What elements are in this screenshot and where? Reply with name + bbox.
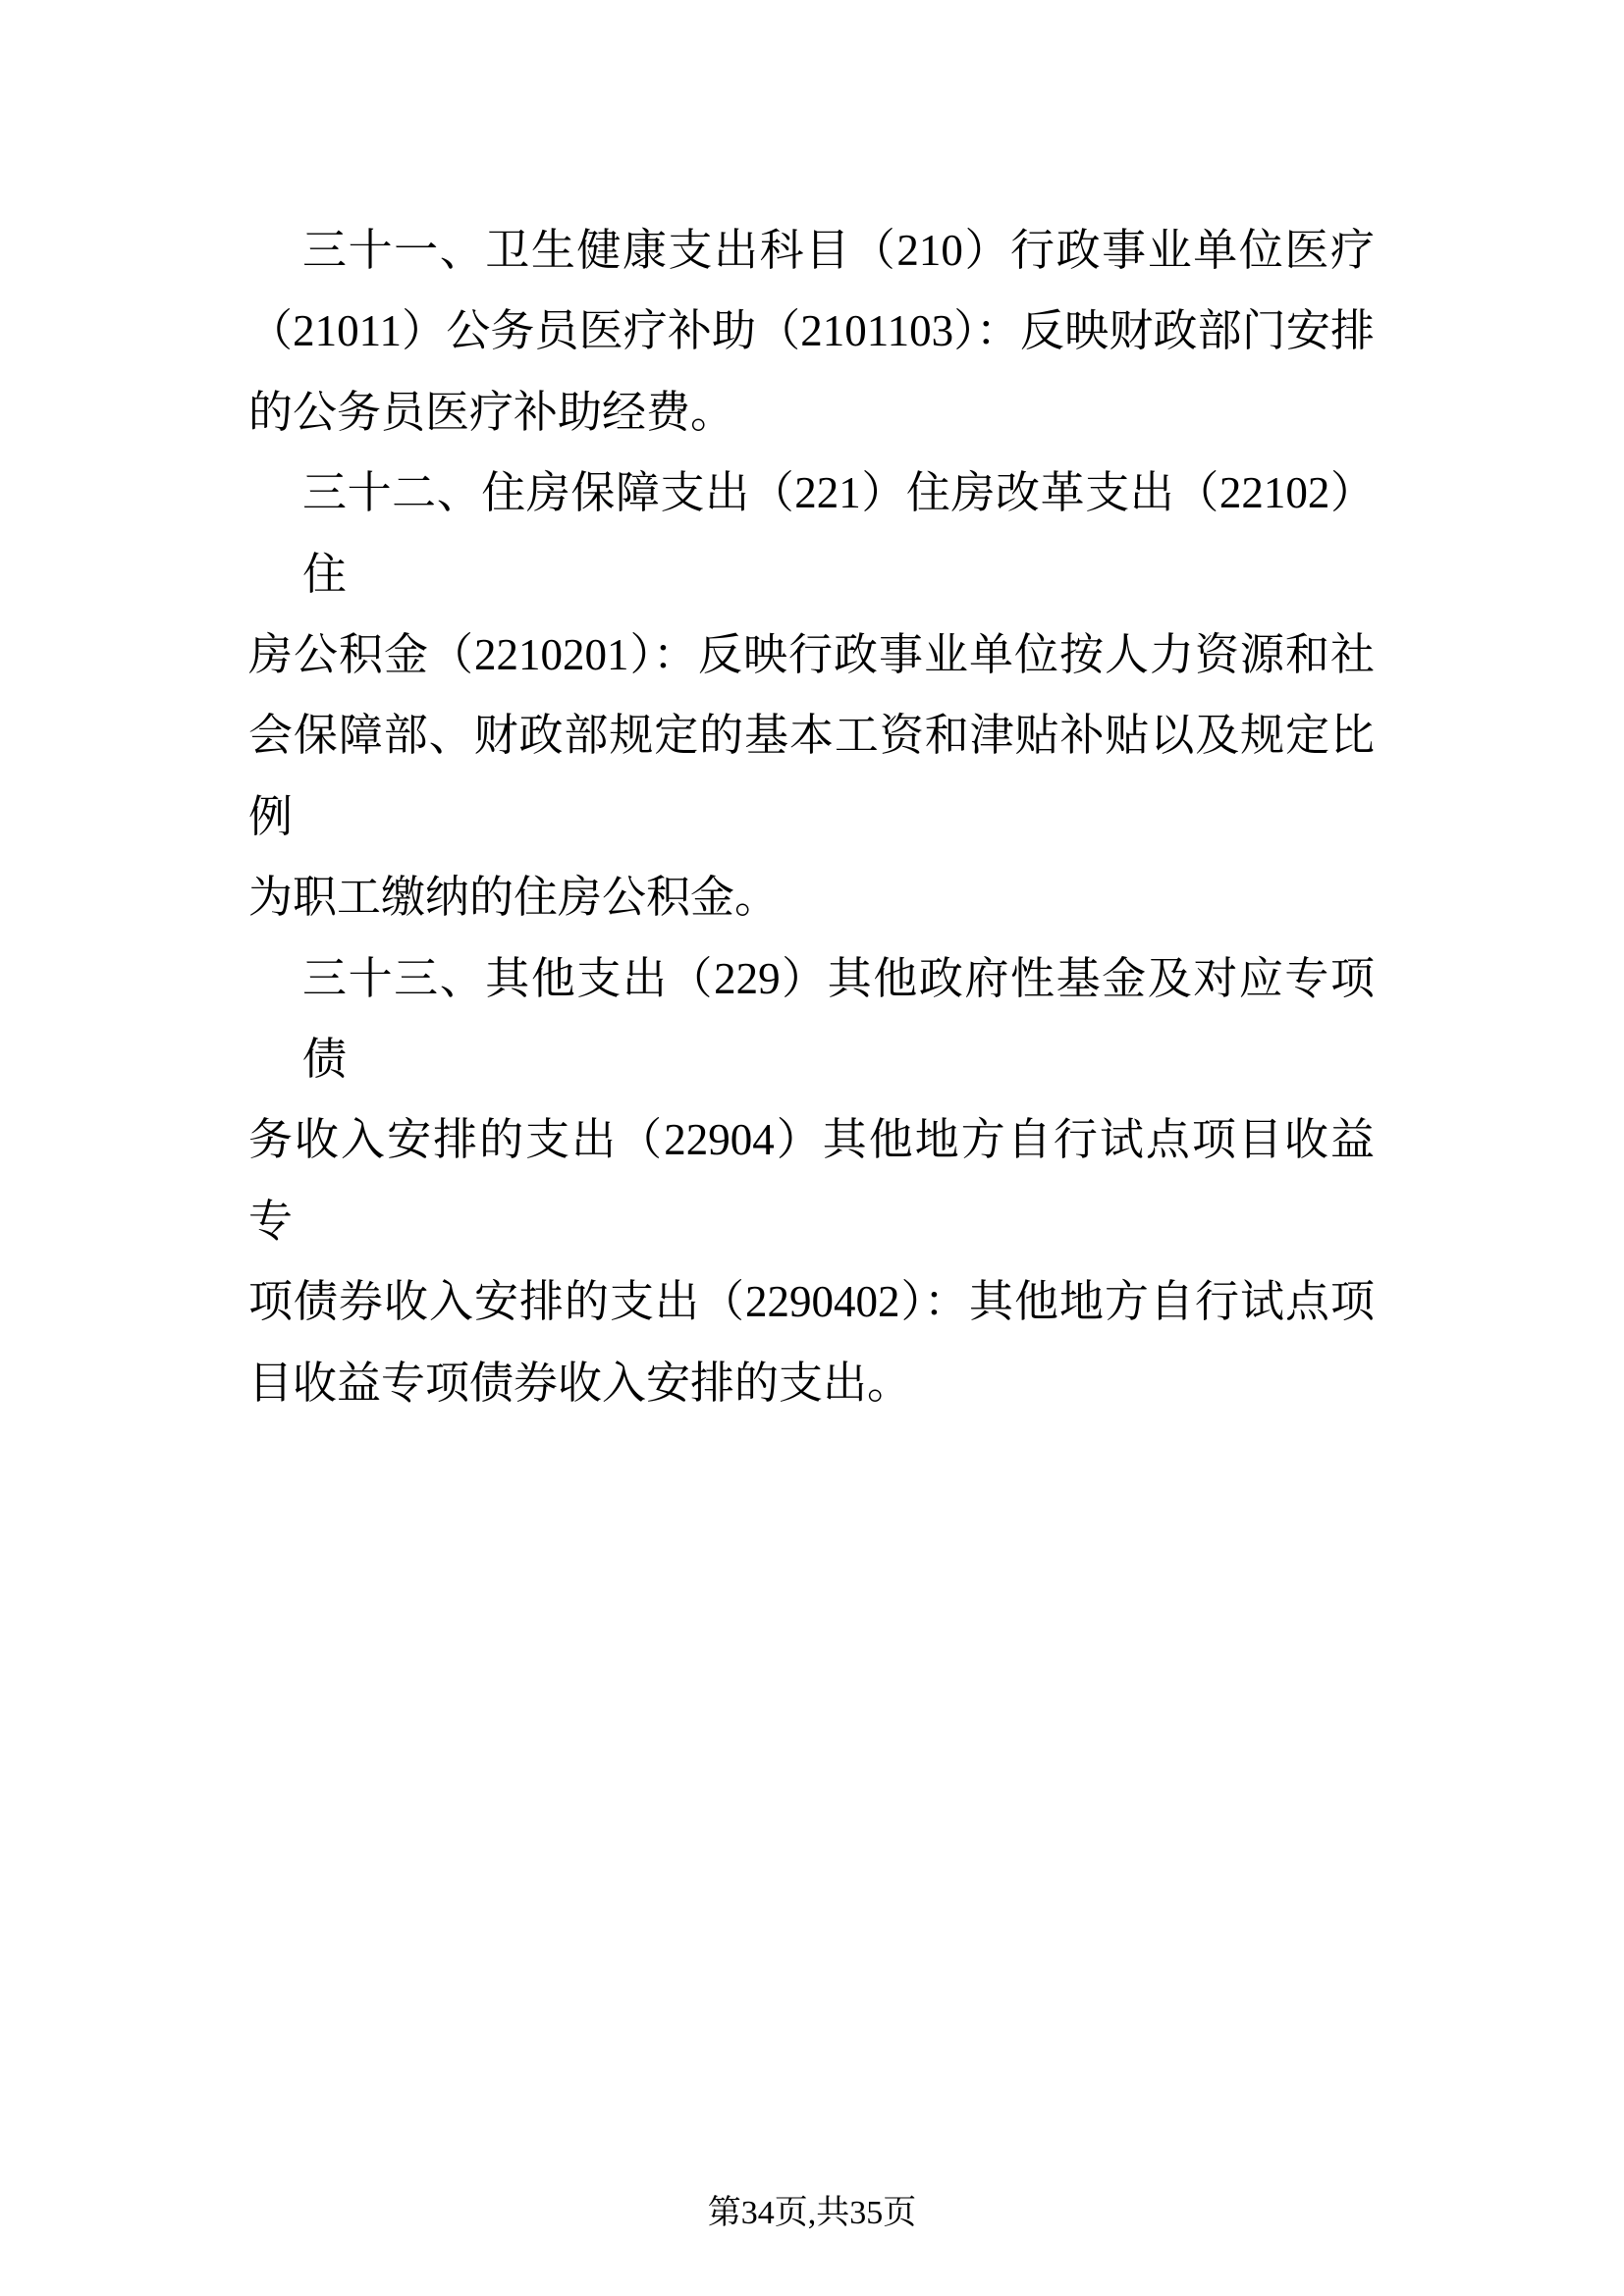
page-number-footer: 第34页,共35页 [0,2191,1624,2236]
para-33-line-3: 项债券收入安排的支出（2290402）：其他地方自行试点项 [248,1261,1375,1342]
para-31-line-2: （21011）公务员医疗补助（2101103）：反映财政部门安排 [248,291,1375,371]
para-32-line-2: 房公积金（2210201）：反映行政事业单位按人力资源和社 [248,614,1375,695]
para-32-line-3: 会保障部、财政部规定的基本工资和津贴补贴以及规定比例 [248,695,1375,857]
document-page: 三十一、卫生健康支出科目（210）行政事业单位医疗 （21011）公务员医疗补助… [0,0,1624,2296]
para-32-line-1: 三十二、住房保障支出（221）住房改革支出（22102）住 [248,453,1375,614]
para-33-line-1: 三十三、其他支出（229）其他政府性基金及对应专项债 [248,938,1375,1100]
para-33-line-4: 目收益专项债券收入安排的支出。 [248,1343,1375,1423]
para-31-line-3: 的公务员医疗补助经费。 [248,372,1375,453]
body-text: 三十一、卫生健康支出科目（210）行政事业单位医疗 （21011）公务员医疗补助… [248,210,1375,1423]
para-32-line-4: 为职工缴纳的住房公积金。 [248,857,1375,937]
para-31-line-1: 三十一、卫生健康支出科目（210）行政事业单位医疗 [248,210,1375,291]
para-33-line-2: 务收入安排的支出（22904）其他地方自行试点项目收益专 [248,1099,1375,1261]
